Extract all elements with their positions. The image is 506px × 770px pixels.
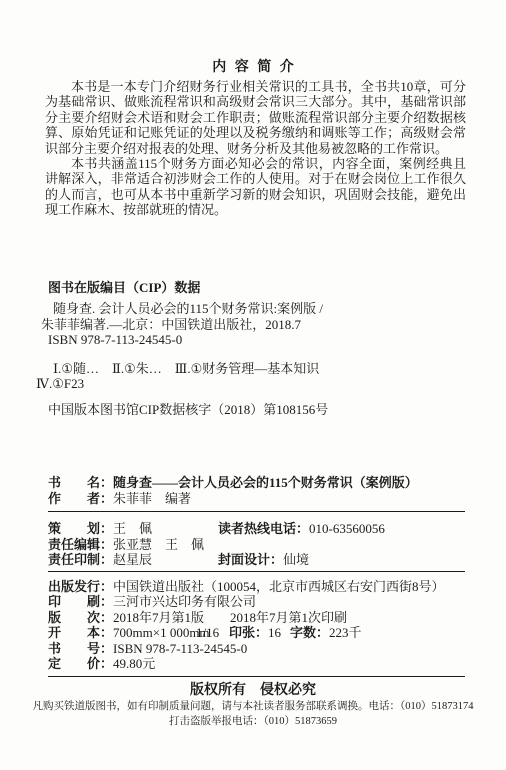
book-title-label: 书 名： [48, 475, 113, 490]
print-editor-label: 责任印制： [48, 552, 113, 567]
format-label: 开 本： [48, 625, 113, 640]
intro-section: 本书是一本专门介绍财务行业相关常识的工具书，全书共10章，可分为基础常识、做账流… [45, 79, 466, 218]
planner-value: 王 佩 [113, 521, 152, 536]
intro-title: 内 容 简 介 [0, 56, 506, 76]
sheets-label: 印张： [229, 625, 268, 640]
publisher-value: 中国铁道出版社（100054，北京市西城区右安门西街8号） [113, 579, 445, 594]
cip-isbn-line: ISBN 978-7-113-24545-0 [41, 332, 473, 348]
cip-classification-line: Ⅰ.①随… Ⅱ.①朱… Ⅲ.①财务管理—基本知识 [41, 361, 473, 377]
book-author-value: 朱菲菲 编著 [113, 491, 191, 506]
isbn-row: 书 号：ISBN 978-7-113-24545-0 [48, 641, 488, 656]
sheets: 印张：16 [229, 625, 281, 640]
hotline: 读者热线电话：010-63560056 [218, 521, 385, 537]
copyright-notice: 版权所有 侵权必究 [0, 679, 506, 699]
edition-value: 2018年7月第1版 [113, 610, 204, 625]
editor-row: 责任编辑：张亚慧 王 佩 [48, 537, 488, 553]
format-row: 开 本：700mm×1 000mm 1/16 印张：16 字数：223千 [48, 625, 488, 640]
price-row: 定 价：49.80元 [48, 656, 488, 671]
cip-classification-code: Ⅳ.①F23 [36, 376, 473, 392]
price-label: 定 价： [48, 656, 113, 671]
print-editor-value: 赵星辰 [113, 552, 152, 567]
publishing-section: 出版发行：中国铁道出版社（100054，北京市西城区右安门西街8号） 印 刷：三… [48, 579, 488, 672]
publisher-row: 出版发行：中国铁道出版社（100054，北京市西城区右安门西街8号） [48, 579, 488, 594]
edition-label: 版 次： [48, 610, 113, 625]
editor-value: 张亚慧 王 佩 [113, 537, 204, 552]
book-title-row: 书 名：随身查——会计人员必会的115个财务常识（案例版） [48, 475, 488, 491]
cover-design-value: 仙境 [283, 552, 309, 567]
cover-design: 封面设计：仙境 [218, 552, 309, 568]
intro-paragraph-1: 本书是一本专门介绍财务行业相关常识的工具书，全书共10章，可分为基础常识、做账流… [45, 79, 466, 156]
hotline-value: 010-63560056 [309, 521, 385, 536]
copyright-page: 内 容 简 介 本书是一本专门介绍财务行业相关常识的工具书，全书共10章，可分为… [0, 0, 506, 770]
sheets-value: 16 [268, 625, 281, 640]
word-count-label: 字数： [290, 625, 329, 640]
cip-title-line-2: 朱菲菲编著.—北京：中国铁道出版社，2018.7 [41, 317, 473, 333]
cip-block: 随身查. 会计人员必会的115个财务常识:案例版 / 朱菲菲编著.—北京：中国铁… [41, 301, 473, 392]
printer-row: 印 刷：三河市兴达印务有限公司 [48, 594, 488, 609]
word-count-value: 223千 [329, 625, 362, 640]
word-count: 字数：223千 [290, 625, 362, 640]
piracy-report-line: 打击盗版举报电话：（010）51873659 [0, 713, 506, 728]
quality-contact-line: 凡购买铁道版图书，如有印制质量问题，请与本社读者服务部联系调换。电话：（010）… [0, 698, 506, 713]
publisher-label: 出版发行： [48, 579, 113, 594]
planner-row: 策 划：王 佩 读者热线电话：010-63560056 [48, 521, 488, 537]
printer-value: 三河市兴达印务有限公司 [113, 594, 256, 609]
cip-title-line-1: 随身查. 会计人员必会的115个财务常识:案例版 / [41, 301, 473, 317]
print-editor-row: 责任印制：赵星辰 封面设计：仙境 [48, 552, 488, 568]
staff-section: 策 划：王 佩 读者热线电话：010-63560056 责任编辑：张亚慧 王 佩… [48, 521, 488, 568]
divider-rule-1 [48, 511, 465, 512]
edition-row: 版 次：2018年7月第1版 2018年7月第1次印刷 [48, 610, 488, 625]
isbn-value: ISBN 978-7-113-24545-0 [113, 641, 247, 656]
format-ratio: 1/16 [196, 625, 219, 640]
book-author-label: 作 者： [48, 491, 113, 506]
price-value: 49.80元 [113, 656, 155, 671]
cip-record-number: 中国版本图书馆CIP数据核字（2018）第108156号 [48, 399, 328, 418]
planner-label: 策 划： [48, 521, 113, 536]
book-info-section: 书 名：随身查——会计人员必会的115个财务常识（案例版） 作 者：朱菲菲 编著 [48, 475, 488, 507]
book-author-row: 作 者：朱菲菲 编著 [48, 491, 488, 507]
hotline-label: 读者热线电话： [218, 521, 309, 536]
cip-header: 图书在版编目（CIP）数据 [48, 277, 200, 296]
divider-rule-2 [48, 571, 465, 572]
cover-design-label: 封面设计： [218, 552, 283, 567]
divider-rule-3 [48, 676, 465, 677]
book-title-value: 随身查——会计人员必会的115个财务常识（案例版） [113, 475, 418, 490]
editor-label: 责任编辑： [48, 537, 113, 552]
isbn-label: 书 号： [48, 641, 113, 656]
printer-label: 印 刷： [48, 594, 113, 609]
printing-value: 2018年7月第1次印刷 [230, 610, 347, 625]
intro-paragraph-2: 本书共涵盖115个财务方面必知必会的常识，内容全面，案例经典且讲解深入，非常适合… [45, 156, 466, 218]
